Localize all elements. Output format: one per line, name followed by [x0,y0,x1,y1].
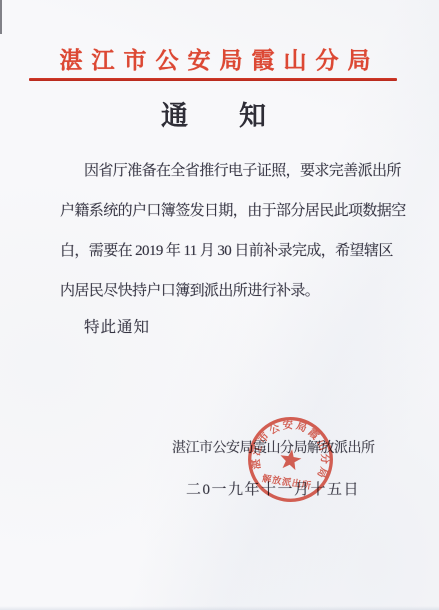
scan-edge-artifact [0,0,2,34]
notice-body: 因省厅准备在全省推行电子证照，要求完善派出所 户籍系统的户口簿签发日期，由于部分… [60,151,392,311]
body-line-1: 因省厅准备在全省推行电子证照，要求完善派出所 [60,151,392,191]
body-line-4: 内居民尽快持户口簿到派出所进行补录。 [60,271,392,311]
body-line-3: 白，需要在 2019 年 11 月 30 日前补录完成，希望辖区 [60,231,392,271]
scanned-notice-page: 湛江市公安局霞山分局 通 知 因省厅准备在全省推行电子证照，要求完善派出所 户籍… [0,0,439,610]
agency-title: 湛江市公安局霞山分局 [0,42,439,75]
closing-phrase: 特此通知 [84,315,150,337]
seal-arc-text: 湛江市公安局霞山分局 [247,412,338,482]
star-icon [279,448,303,471]
body-line-2: 户籍系统的户口簿签发日期，由于部分居民此项数据空 [60,191,392,231]
seal-bottom-text: 解放派出所 [261,472,312,492]
header-divider-rule [29,78,397,81]
notice-title: 通 知 [0,94,439,133]
official-seal-stamp: 湛江市公安局霞山分局 解放派出所 [240,409,342,511]
